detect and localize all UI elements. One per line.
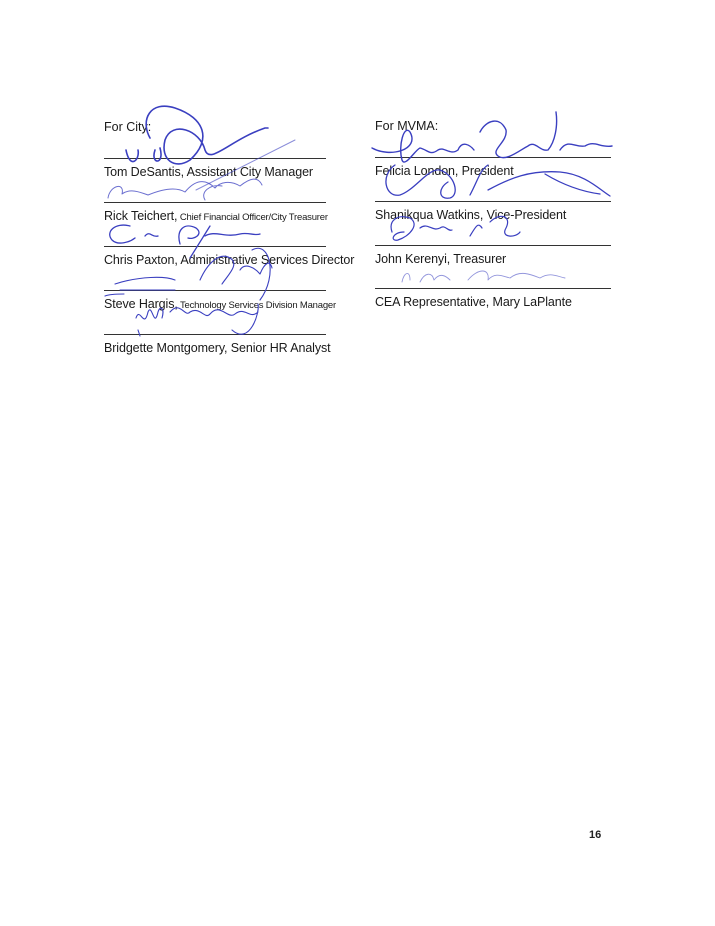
signer-title: Mary LaPlante [489, 295, 572, 309]
signer-title: Chief Financial Officer/City Treasurer [177, 212, 327, 223]
signer-title: Treasurer [450, 252, 506, 266]
signature-laplante [402, 271, 565, 282]
signer-title: Technology Services Division Manager [178, 300, 336, 311]
signature-line [375, 288, 611, 289]
signer-title: President [458, 164, 513, 178]
signer-title: Senior HR Analyst [227, 341, 330, 355]
signer-title: Vice-President [483, 208, 566, 222]
signer-label: Felicia London, President [375, 164, 514, 178]
signer-label: John Kerenyi, Treasurer [375, 252, 506, 266]
signature-teichert [108, 179, 262, 200]
signature-line [375, 157, 611, 158]
signer-title: Administrative Services Director [178, 253, 355, 267]
signer-name: Chris Paxton, [104, 253, 178, 267]
signer-title: Assistant City Manager [184, 165, 313, 179]
signer-name: John Kerenyi, [375, 252, 450, 266]
signer-label: Chris Paxton, Administrative Services Di… [104, 253, 354, 267]
signature-desantis [126, 106, 268, 164]
signer-name: Shanikqua Watkins, [375, 208, 483, 222]
mvma-heading: For MVMA: [375, 119, 438, 133]
signer-name: Felicia London, [375, 164, 458, 178]
signer-name: Tom DeSantis, [104, 165, 184, 179]
signer-name: CEA Representative, [375, 295, 489, 309]
signer-label: Steve Hargis, Technology Services Divisi… [104, 297, 336, 311]
signature-line [104, 202, 326, 203]
signature-line [104, 290, 326, 291]
signature-line [104, 334, 326, 335]
signer-name: Rick Teichert, [104, 209, 177, 223]
signature-line [104, 158, 326, 159]
signer-name: Steve Hargis, [104, 297, 178, 311]
signer-label: CEA Representative, Mary LaPlante [375, 295, 572, 309]
signer-label: Rick Teichert, Chief Financial Officer/C… [104, 209, 328, 223]
signature-line [375, 245, 611, 246]
signature-line [375, 201, 611, 202]
page-number: 16 [589, 829, 601, 841]
signer-name: Bridgette Montgomery, [104, 341, 227, 355]
signer-label: Bridgette Montgomery, Senior HR Analyst [104, 341, 331, 355]
handwritten-signatures [0, 0, 715, 926]
signer-label: Shanikqua Watkins, Vice-President [375, 208, 566, 222]
city-heading: For City: [104, 120, 151, 134]
signature-line [104, 246, 326, 247]
signer-label: Tom DeSantis, Assistant City Manager [104, 165, 313, 179]
document-page: For City: Tom DeSantis, Assistant City M… [0, 0, 715, 926]
